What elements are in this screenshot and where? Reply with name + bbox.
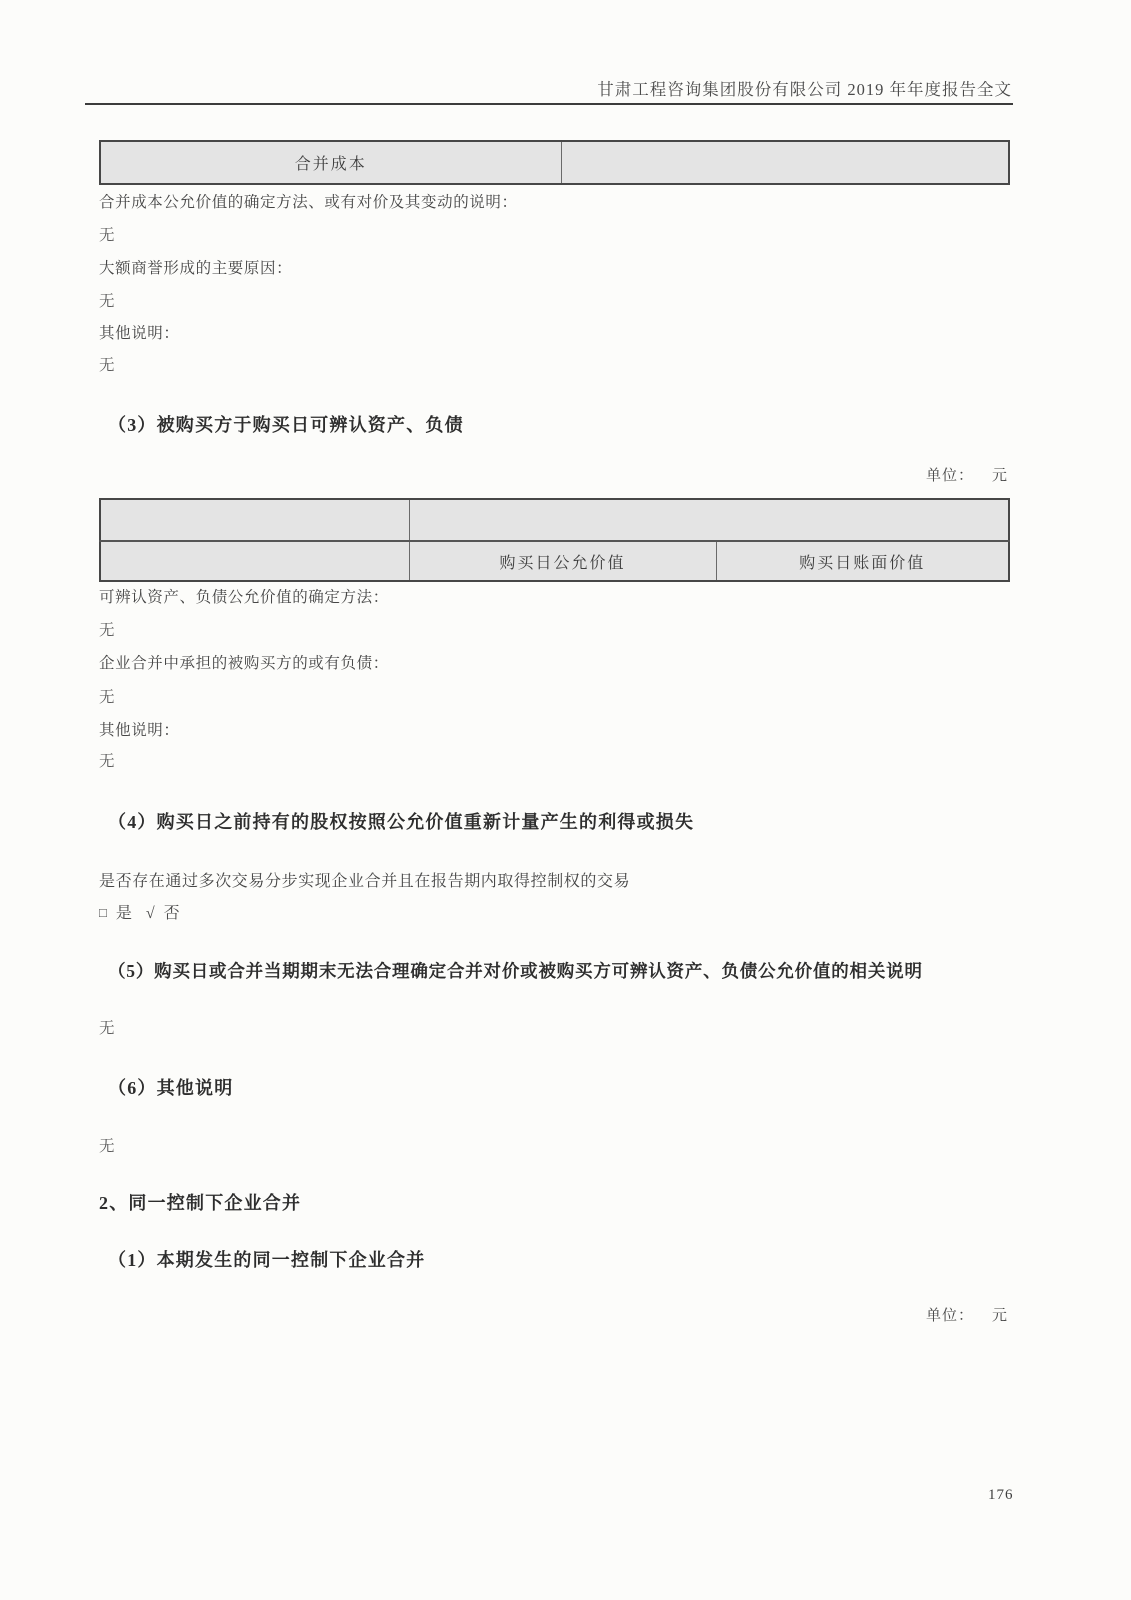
section-4-heading: （4）购买日之前持有的股权按照公允价值重新计量产生的利得或损失: [108, 808, 694, 834]
checkbox-unchecked-icon: □: [99, 905, 107, 920]
section-3-item-1-label: 可辨认资产、负债公允价值的确定方法：: [99, 585, 389, 607]
assets-table-fair-value-header: 购买日公允价值: [409, 541, 716, 581]
option-yes-label: 是: [116, 905, 132, 922]
check-mark-icon: √: [146, 905, 155, 922]
assets-table-corner-cell: [100, 499, 409, 541]
unit-note-1: 单位：元: [926, 464, 1008, 485]
goodwill-item-3-value: 无: [99, 353, 115, 375]
merge-cost-table: 合并成本: [99, 140, 1010, 185]
identifiable-assets-table: 购买日公允价值 购买日账面价值: [99, 498, 1010, 582]
section-3-item-3-label: 其他说明：: [99, 718, 180, 740]
section-3-item-1-value: 无: [99, 618, 115, 640]
goodwill-item-1-value: 无: [99, 223, 115, 245]
section-5-value: 无: [99, 1016, 115, 1038]
section-3-heading: （3）被购买方于购买日可辨认资产、负债: [108, 411, 464, 437]
section-6-heading: （6）其他说明: [108, 1074, 233, 1100]
section-3-item-2-value: 无: [99, 685, 115, 707]
unit-value: 元: [992, 1308, 1008, 1324]
page-number: 176: [988, 1487, 1014, 1504]
assets-table-top-merged-cell: [409, 499, 1009, 541]
assets-table-book-value-header: 购买日账面价值: [716, 541, 1009, 581]
goodwill-item-2-label: 大额商誉形成的主要原因：: [99, 256, 292, 278]
goodwill-item-3-label: 其他说明：: [99, 321, 180, 343]
unit-label: 单位：: [926, 468, 974, 484]
section-5-heading: （5）购买日或合并当期期末无法合理确定合并对价或被购买方可辨认资产、负债公允价值…: [108, 958, 923, 983]
section-3-item-3-value: 无: [99, 749, 115, 771]
unit-label: 单位：: [926, 1308, 974, 1324]
merge-cost-header-cell: 合并成本: [100, 141, 561, 184]
unit-note-2: 单位：元: [926, 1304, 1008, 1325]
header-divider: [85, 103, 1013, 105]
merge-cost-value-cell: [561, 141, 1009, 184]
report-page: 甘肃工程咨询集团股份有限公司 2019 年年度报告全文 合并成本 合并成本公允价…: [0, 0, 1131, 1600]
goodwill-item-1-label: 合并成本公允价值的确定方法、或有对价及其变动的说明：: [99, 190, 518, 212]
section-3-item-2-label: 企业合并中承担的被购买方的或有负债：: [99, 651, 389, 673]
unit-value: 元: [992, 468, 1008, 484]
section-6-value: 无: [99, 1134, 115, 1156]
section-2-1-heading: （1）本期发生的同一控制下企业合并: [108, 1246, 425, 1272]
section-4-options: □是√否: [99, 900, 180, 923]
report-header-title: 甘肃工程咨询集团股份有限公司 2019 年年度报告全文: [597, 76, 1012, 100]
option-no-label: 否: [164, 905, 180, 922]
section-2-heading: 2、同一控制下企业合并: [99, 1189, 301, 1215]
section-4-question: 是否存在通过多次交易分步实现企业合并且在报告期内取得控制权的交易: [99, 868, 630, 891]
goodwill-item-2-value: 无: [99, 289, 115, 311]
assets-table-rowhead-cell: [100, 541, 409, 581]
